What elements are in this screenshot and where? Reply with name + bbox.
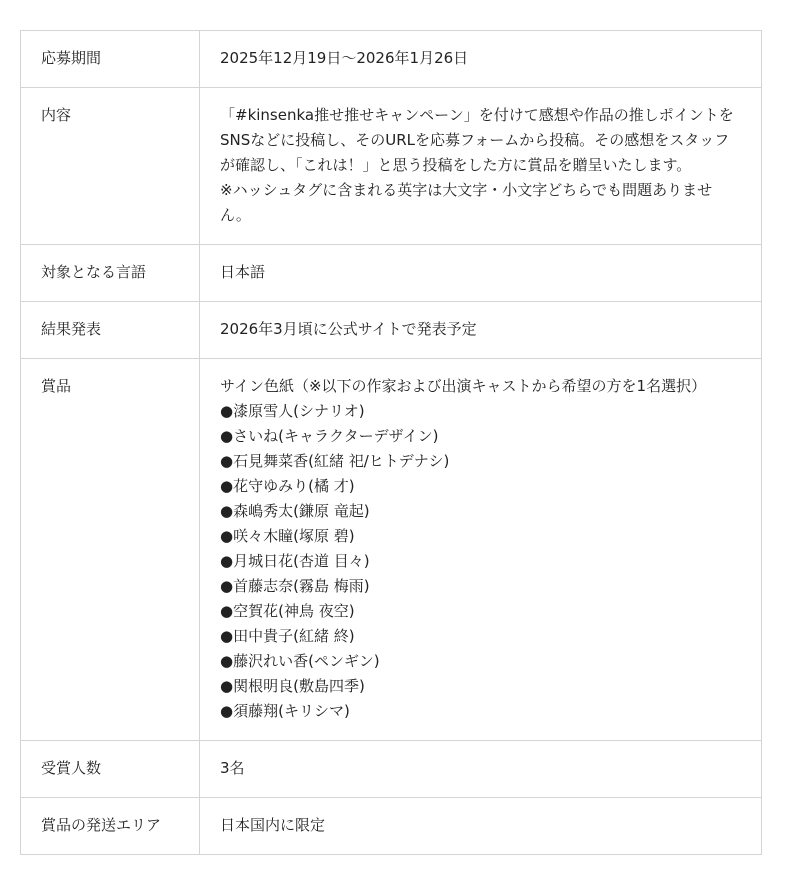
label-content: 内容 (21, 88, 200, 245)
row-content: 内容 「#kinsenka推せ推せキャンペーン」を付けて感想や作品の推しポイント… (21, 88, 762, 245)
list-item: ●花守ゆみり(橘 才) (220, 474, 741, 499)
list-item: ●石見舞菜香(紅緒 祀/ヒトデナシ) (220, 449, 741, 474)
list-item: ●田中貴子(紅緒 終) (220, 624, 741, 649)
value-prize: サイン色紙（※以下の作家および出演キャストから希望の方を1名選択） ●漆原雪人(… (200, 359, 762, 741)
value-language: 日本語 (200, 245, 762, 302)
list-item: ●さいね(キャラクターデザイン) (220, 424, 741, 449)
value-content: 「#kinsenka推せ推せキャンペーン」を付けて感想や作品の推しポイントをSN… (200, 88, 762, 245)
row-application-period: 応募期間 2025年12月19日〜2026年1月26日 (21, 31, 762, 88)
label-shipping-area: 賞品の発送エリア (21, 798, 200, 855)
value-winner-count: 3名 (200, 741, 762, 798)
row-shipping-area: 賞品の発送エリア 日本国内に限定 (21, 798, 762, 855)
label-language: 対象となる言語 (21, 245, 200, 302)
list-item: ●森嶋秀太(鎌原 竜起) (220, 499, 741, 524)
list-item: ●漆原雪人(シナリオ) (220, 399, 741, 424)
prize-candidate-list: ●漆原雪人(シナリオ) ●さいね(キャラクターデザイン) ●石見舞菜香(紅緒 祀… (220, 399, 741, 724)
label-prize: 賞品 (21, 359, 200, 741)
row-prize: 賞品 サイン色紙（※以下の作家および出演キャストから希望の方を1名選択） ●漆原… (21, 359, 762, 741)
value-shipping-area: 日本国内に限定 (200, 798, 762, 855)
list-item: ●咲々木瞳(塚原 碧) (220, 524, 741, 549)
list-item: ●関根明良(敷島四季) (220, 674, 741, 699)
value-application-period: 2025年12月19日〜2026年1月26日 (200, 31, 762, 88)
value-results-announcement: 2026年3月頃に公式サイトで発表予定 (200, 302, 762, 359)
prize-description: サイン色紙（※以下の作家および出演キャストから希望の方を1名選択） (220, 374, 741, 399)
list-item: ●須藤翔(キリシマ) (220, 699, 741, 724)
label-application-period: 応募期間 (21, 31, 200, 88)
list-item: ●空賀花(神鳥 夜空) (220, 599, 741, 624)
row-language: 対象となる言語 日本語 (21, 245, 762, 302)
label-results-announcement: 結果発表 (21, 302, 200, 359)
list-item: ●首藤志奈(霧島 梅雨) (220, 574, 741, 599)
list-item: ●月城日花(杏道 目々) (220, 549, 741, 574)
campaign-info-table: 応募期間 2025年12月19日〜2026年1月26日 内容 「#kinsenk… (20, 30, 762, 855)
list-item: ●藤沢れい香(ペンギン) (220, 649, 741, 674)
label-winner-count: 受賞人数 (21, 741, 200, 798)
row-results-announcement: 結果発表 2026年3月頃に公式サイトで発表予定 (21, 302, 762, 359)
row-winner-count: 受賞人数 3名 (21, 741, 762, 798)
